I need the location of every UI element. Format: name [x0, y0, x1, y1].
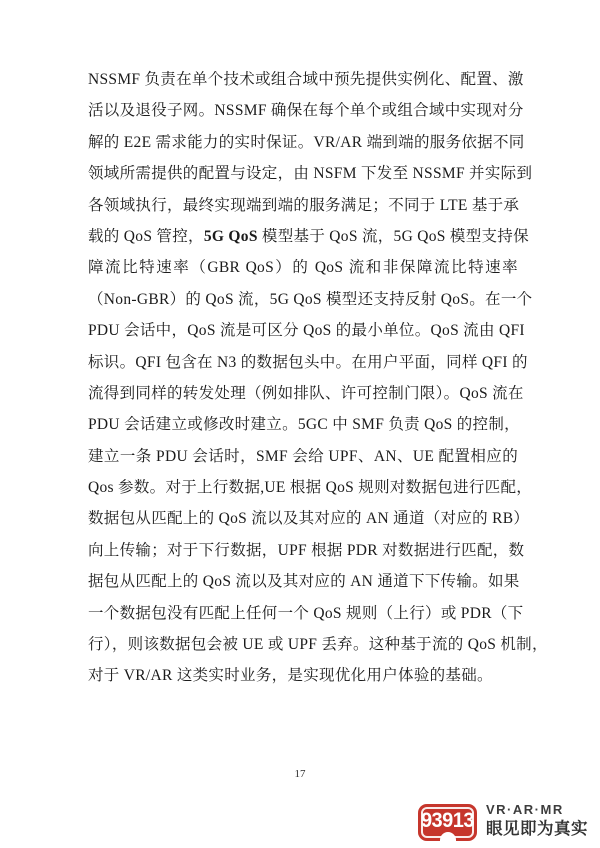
document-page: NSSMF 负责在单个技术或组合域中预先提供实例化、配置、激 活以及退役子网。N… [0, 0, 600, 848]
body-line: 数据包从匹配上的 QoS 流以及其对应的 AN 通道（对应的 RB） [88, 503, 518, 534]
body-line: 流得到同样的转发处理（例如排队、许可控制门限）。QoS 流在 [88, 378, 518, 409]
body-line: 解的 E2E 需求能力的实时保证。VR/AR 端到端的服务依据不同 [88, 127, 518, 158]
brand-tagline-vr-ar-mr: VR·AR·MR [486, 802, 588, 818]
body-line: NSSMF 负责在单个技术或组合域中预先提供实例化、配置、激 [88, 64, 518, 95]
vr-goggles-icon: 93913 [418, 804, 477, 841]
body-line: PDU 会话中，QoS 流是可区分 QoS 的最小单位。QoS 流由 QFI [88, 315, 518, 346]
body-line-segment-bold: 5G QoS [204, 228, 258, 245]
body-line-segment: 载的 QoS 管控， [88, 228, 204, 245]
body-line: Qos 参数。对于上行数据,UE 根据 QoS 规则对数据包进行匹配， [88, 472, 518, 503]
body-line: 建立一条 PDU 会话时，SMF 会给 UPF、AN、UE 配置相应的 [88, 441, 518, 472]
body-line: （Non-GBR）的 QoS 流，5G QoS 模型还支持反射 QoS。在一个 [88, 284, 518, 315]
body-line: PDU 会话建立或修改时建立。5GC 中 SMF 负责 QoS 的控制， [88, 409, 518, 440]
brand-tagline-cn: 眼见即为真实 [486, 819, 588, 840]
page-number: 17 [0, 768, 600, 780]
body-line: 各领域执行，最终实现端到端的服务满足；不同于 LTE 基于承 [88, 190, 518, 221]
body-line: 标识。QFI 包含在 N3 的数据包头中。在用户平面，同样 QFI 的 [88, 347, 518, 378]
body-line: 据包从匹配上的 QoS 流以及其对应的 AN 通道下下传输。如果 [88, 566, 518, 597]
brand-text: VR·AR·MR 眼见即为真实 [486, 802, 588, 840]
body-text: NSSMF 负责在单个技术或组合域中预先提供实例化、配置、激 活以及退役子网。N… [88, 64, 518, 692]
body-line: 活以及退役子网。NSSMF 确保在每个单个或组合域中实现对分 [88, 95, 518, 126]
body-line: 领域所需提供的配置与设定，由 NSFM 下发至 NSSMF 并实际到 [88, 158, 518, 189]
body-line-segment: 模型基于 QoS 流，5G QoS 模型支持保 [258, 228, 529, 245]
brand-logo: 93913 VR·AR·MR 眼见即为真实 [418, 802, 588, 841]
body-line: 载的 QoS 管控，5G QoS 模型基于 QoS 流，5G QoS 模型支持保 [88, 221, 518, 252]
body-line: 行），则该数据包会被 UE 或 UPF 丢弃。这种基于流的 QoS 机制， [88, 629, 518, 660]
body-line: 障流比特速率（GBR QoS）的 QoS 流和非保障流比特速率 [88, 252, 518, 283]
body-line: 对于 VR/AR 这类实时业务，是实现优化用户体验的基础。 [88, 660, 518, 691]
body-line: 一个数据包没有匹配上任何一个 QoS 规则（上行）或 PDR（下 [88, 598, 518, 629]
body-line: 向上传输；对于下行数据，UPF 根据 PDR 对数据进行匹配，数 [88, 535, 518, 566]
brand-number: 93913 [421, 809, 474, 836]
